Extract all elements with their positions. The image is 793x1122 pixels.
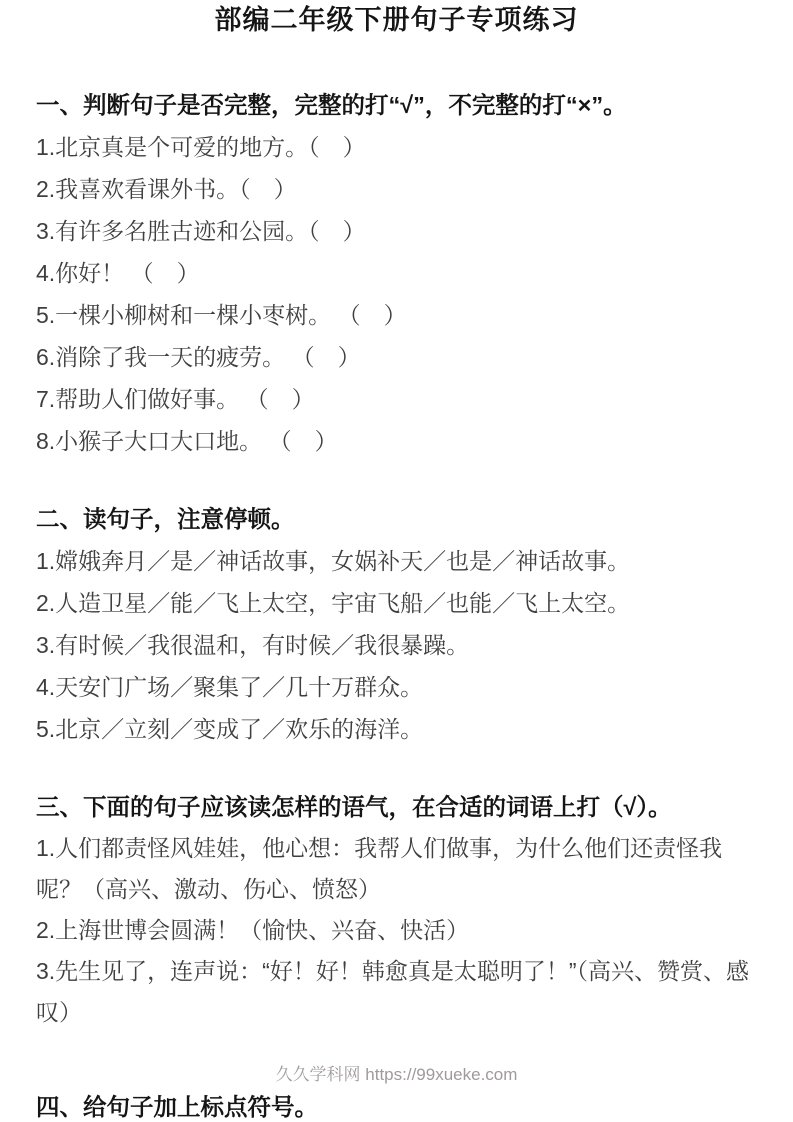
section-2-heading: 二、读句子，注意停顿。 <box>36 498 757 540</box>
question-line: 3.有许多名胜古迹和公园。（ ） <box>36 210 757 252</box>
question-line: 4.你好！ （ ） <box>36 252 757 294</box>
page-title: 部编二年级下册句子专项练习 <box>36 2 757 38</box>
question-line: 1.北京真是个可爱的地方。（ ） <box>36 126 757 168</box>
question-line: 5.北京／立刻／变成了／欢乐的海洋。 <box>36 708 757 750</box>
question-line: 3.先生见了，连声说：“好！好！韩愈真是太聪明了！”（高兴、赞赏、感叹） <box>36 951 757 1033</box>
watermark: 久久学科网 https://99xueke.com <box>36 1063 757 1087</box>
question-line: 4.天安门广场／聚集了／几十万群众。 <box>36 666 757 708</box>
section-tone-choice: 三、下面的句子应该读怎样的语气，在合适的词语上打（√）。 1.人们都责怪风娃娃，… <box>36 786 757 1033</box>
question-line: 2.上海世博会圆满！（愉快、兴奋、快活） <box>36 910 757 951</box>
question-line: 2.我喜欢看课外书。（ ） <box>36 168 757 210</box>
section-4-heading: 四、给句子加上标点符号。 <box>36 1089 757 1122</box>
question-line: 3.有时候／我很温和，有时候／我很暴躁。 <box>36 624 757 666</box>
question-line: 6.消除了我一天的疲劳。 （ ） <box>36 336 757 378</box>
section-read-pause: 二、读句子，注意停顿。 1.嫦娥奔月／是／神话故事，女娲补天／也是／神话故事。 … <box>36 498 757 750</box>
section-judge-complete: 一、判断句子是否完整，完整的打“√”，不完整的打“×”。 1.北京真是个可爱的地… <box>36 84 757 462</box>
section-3-heading: 三、下面的句子应该读怎样的语气，在合适的词语上打（√）。 <box>36 786 757 828</box>
question-line: 8.小猴子大口大口地。 （ ） <box>36 420 757 462</box>
question-line: 7.帮助人们做好事。 （ ） <box>36 378 757 420</box>
section-1-heading: 一、判断句子是否完整，完整的打“√”，不完整的打“×”。 <box>36 84 757 126</box>
worksheet-page: 部编二年级下册句子专项练习 一、判断句子是否完整，完整的打“√”，不完整的打“×… <box>0 0 793 1122</box>
section-add-punctuation: 四、给句子加上标点符号。 <box>36 1089 757 1122</box>
question-line: 2.人造卫星／能／飞上太空，宇宙飞船／也能／飞上太空。 <box>36 582 757 624</box>
question-line: 5.一棵小柳树和一棵小枣树。 （ ） <box>36 294 757 336</box>
question-line: 1.人们都责怪风娃娃，他心想：我帮人们做事，为什么他们还责怪我呢？（高兴、激动、… <box>36 828 757 910</box>
question-line: 1.嫦娥奔月／是／神话故事，女娲补天／也是／神话故事。 <box>36 540 757 582</box>
